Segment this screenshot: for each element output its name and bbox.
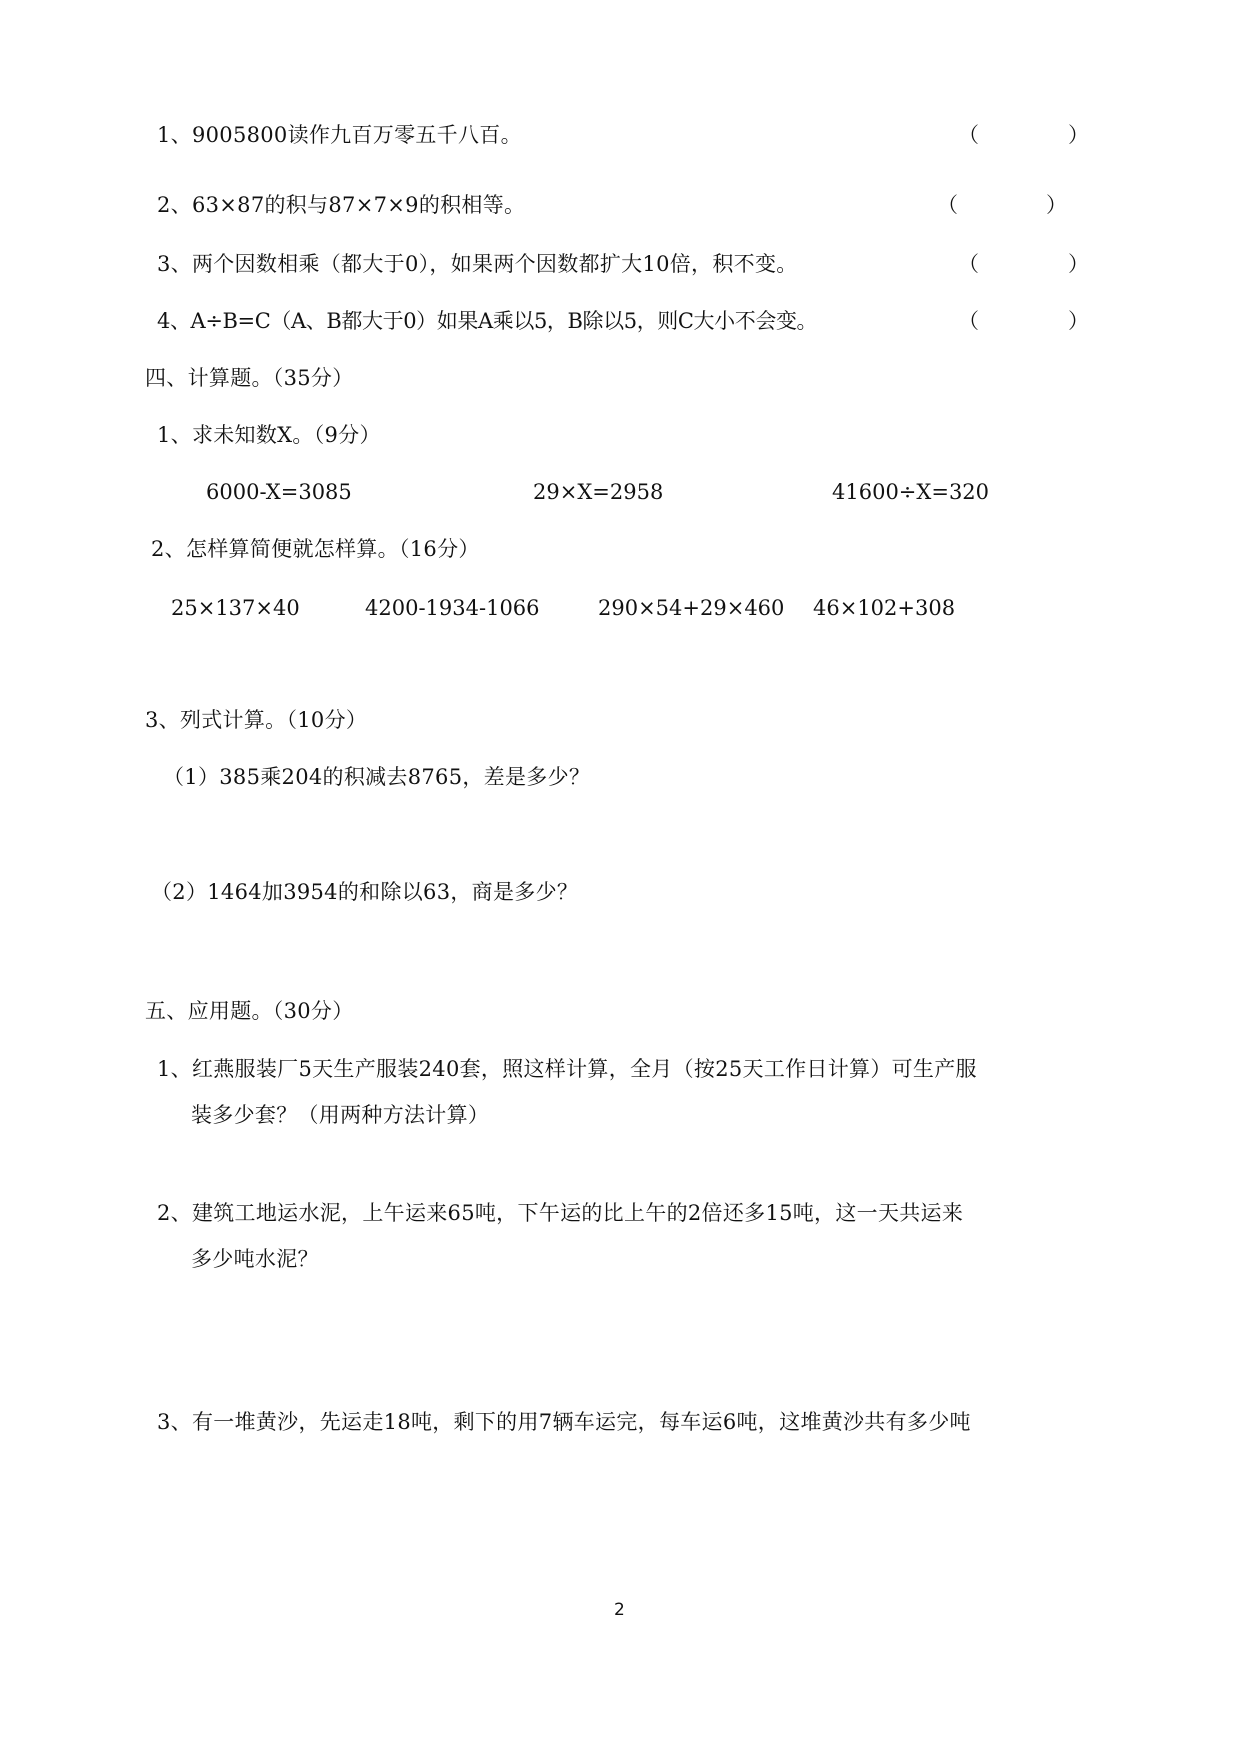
answer-paren-open: （ [958, 307, 979, 335]
equation-1: 6000-X=3085 [206, 478, 352, 506]
section-4-title: 四、计算题。（35分） [145, 364, 354, 392]
section-5-title: 五、应用题。（30分） [145, 997, 354, 1025]
part-2-title: 2、怎样算简便就怎样算。（16分） [151, 535, 480, 563]
word-problem-3: 3、有一堆黄沙，先运走18吨，剩下的用7辆车运完，每车运6吨，这堆黄沙共有多少吨 [157, 1399, 1087, 1445]
judgment-item-text: 3、两个因数相乘（都大于0），如果两个因数都扩大10倍，积不变。 [157, 250, 798, 278]
answer-paren-close: ） [1068, 307, 1089, 335]
answer-paren-close: ） [1046, 191, 1067, 219]
equation-3: 41600÷X=320 [832, 478, 989, 506]
question-2: （2）1464加3954的和除以63，商是多少？ [151, 878, 578, 906]
judgment-item-text: 4、A÷B=C（A、B都大于0）如果A乘以5，B除以5，则C大小不会变。 [157, 307, 817, 335]
word-problem-1-line2: 装多少套？（用两种方法计算） [157, 1092, 1087, 1138]
expression-2: 4200-1934-1066 [365, 594, 540, 622]
judgment-item-text: 2、63×87的积与87×7×9的积相等。 [157, 191, 525, 219]
judgment-item-text: 1、9005800读作九百万零五千八百。 [157, 121, 522, 149]
answer-paren-open: （ [958, 250, 979, 278]
answer-paren-close: ） [1068, 250, 1089, 278]
page-number: 2 [614, 1600, 625, 1620]
word-problem-2-line2: 多少吨水泥？ [157, 1236, 1087, 1282]
answer-paren-open: （ [958, 121, 979, 149]
word-problem-1: 1、红燕服装厂5天生产服装240套，照这样计算，全月（按25天工作日计算）可生产… [157, 1046, 1087, 1138]
answer-paren-close: ） [1068, 121, 1089, 149]
word-problem-3-line1: 3、有一堆黄沙，先运走18吨，剩下的用7辆车运完，每车运6吨，这堆黄沙共有多少吨 [157, 1410, 971, 1434]
expression-4: 46×102+308 [813, 594, 955, 622]
answer-paren-open: （ [937, 191, 958, 219]
expression-3: 290×54+29×460 [598, 594, 784, 622]
word-problem-2: 2、建筑工地运水泥，上午运来65吨，下午运的比上午的2倍还多15吨，这一天共运来… [157, 1190, 1087, 1282]
part-3-title: 3、列式计算。（10分） [145, 706, 367, 734]
equation-2: 29×X=2958 [533, 478, 663, 506]
question-1: （1）385乘204的积减去8765，差是多少？ [163, 763, 590, 791]
word-problem-2-line1: 2、建筑工地运水泥，上午运来65吨，下午运的比上午的2倍还多15吨，这一天共运来 [157, 1201, 963, 1225]
part-1-title: 1、求未知数X。（9分） [157, 421, 381, 449]
word-problem-1-line1: 1、红燕服装厂5天生产服装240套，照这样计算，全月（按25天工作日计算）可生产… [157, 1057, 977, 1081]
expression-1: 25×137×40 [171, 594, 300, 622]
